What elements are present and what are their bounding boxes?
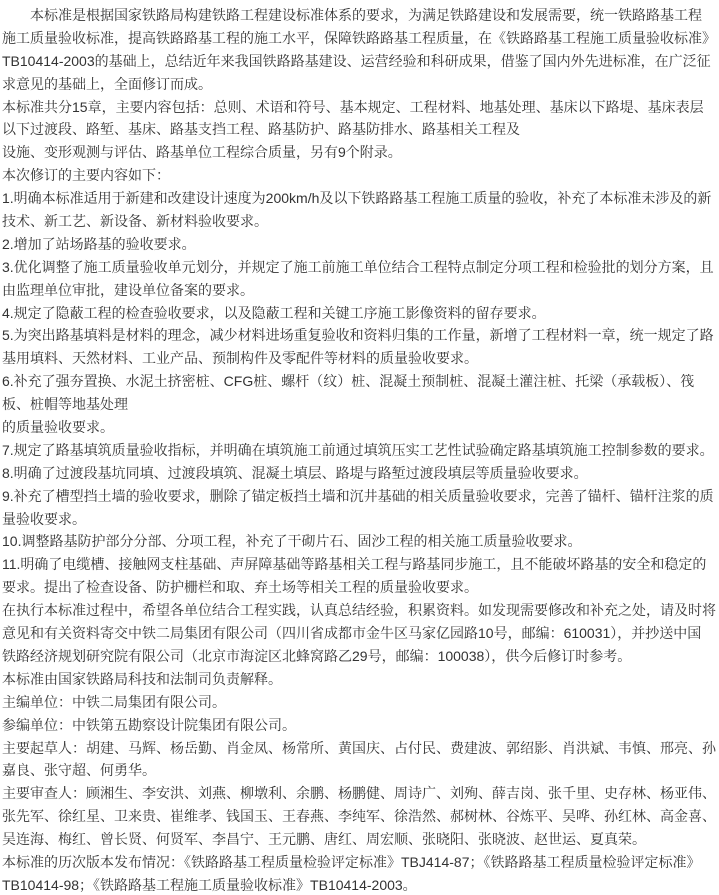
text-line: 参编单位：中铁第五勘察设计院集团有限公司。 [2, 714, 719, 737]
text-line: TB10414-2003的基础上，总结近年来我国铁路路基建设、运营经验和科研成果… [2, 50, 719, 73]
text-line: 本标准是根据国家铁路局构建铁路工程建设标准体系的要求，为满足铁路建设和发展需要，… [2, 4, 719, 27]
text-line: 主要起草人：胡建、马辉、杨岳勤、肖金凤、杨常所、黄国庆、占付民、费建波、郭绍影、… [2, 737, 719, 760]
text-line: 本标准由国家铁路局科技和法制司负责解释。 [2, 668, 719, 691]
text-line: 3.优化调整了施工质量验收单元划分，并规定了施工前施工单位结合工程特点制定分项工… [2, 256, 719, 279]
text-line: 的质量验收要求。 [2, 416, 719, 439]
text-line: 吴连海、梅红、曾长贤、何贤军、李昌宁、王元鹏、唐红、周宏顺、张晓阳、张晓波、赵世… [2, 828, 719, 851]
text-line: 在执行本标准过程中，希望各单位结合工程实践，认真总结经验，积累资料。如发现需要修… [2, 599, 719, 622]
text-line: 板、桩帽等地基处理 [2, 393, 719, 416]
text-line: 6.补充了强夯置换、水泥土挤密桩、CFG桩、螺杆（纹）桩、混凝土预制桩、混凝土灌… [2, 370, 719, 393]
text-line: 意见和有关资料寄交中铁二局集团有限公司（四川省成都市金牛区马家亿园路10号，邮编… [2, 622, 719, 645]
text-line: 本次修订的主要内容如下： [2, 164, 719, 187]
text-line: 铁路经济规划研究院有限公司（北京市海淀区北蜂窝路乙29号，邮编：100038），… [2, 645, 719, 668]
text-line: 4.规定了隐蔽工程的检查验收要求，以及隐蔽工程和关键工序施工影像资料的留存要求。 [2, 302, 719, 325]
text-line: 施工质量验收标准，提高铁路路基工程的施工水平，保障铁路路基工程质量，在《铁路路基… [2, 27, 719, 50]
text-line: 以下过渡段、路堑、基床、路基支挡工程、路基防护、路基防排水、路基相关工程及 [2, 118, 719, 141]
text-line: 张先军、徐红星、卫来贵、崔维孝、钱国玉、王春燕、李纯军、徐浩然、郝树林、谷炼平、… [2, 805, 719, 828]
text-line: 主编单位：中铁二局集团有限公司。 [2, 691, 719, 714]
text-line: 技术、新工艺、新设备、新材料验收要求。 [2, 210, 719, 233]
text-line: 求意见的基础上，全面修订而成。 [2, 73, 719, 96]
text-line: 9.补充了槽型挡土墙的验收要求，删除了锚定板挡土墙和沉井基础的相关质量验收要求，… [2, 485, 719, 508]
text-line: 主要审查人：顾湘生、李安洪、刘燕、柳墩利、余鹏、杨鹏健、周诗广、刘殉、薛吉岗、张… [2, 782, 719, 805]
text-line: 量验收要求。 [2, 508, 719, 531]
text-line: 2.增加了站场路基的验收要求。 [2, 233, 719, 256]
text-line: 10.调整路基防护部分分部、分项工程，补充了干砌片石、固沙工程的相关施工质量验收… [2, 530, 719, 553]
text-line: 嘉良、张守超、何勇华。 [2, 759, 719, 782]
text-line: 设施、变形观测与评估、路基单位工程综合质量，另有9个附录。 [2, 141, 719, 164]
text-line: 11.明确了电缆槽、接触网支柱基础、声屏障基础等路基相关工程与路基同步施工，且不… [2, 553, 719, 576]
text-line: 7.规定了路基填筑质量验收指标，并明确在填筑施工前通过填筑压实工艺性试验确定路基… [2, 439, 719, 462]
document-page: 本标准是根据国家铁路局构建铁路工程建设标准体系的要求，为满足铁路建设和发展需要，… [0, 0, 719, 895]
text-line: 由监理单位审批，建设单位备案的要求。 [2, 279, 719, 302]
text-line: TB10414-98；《铁路路基工程施工质量验收标准》TB10414-2003。 [2, 874, 719, 895]
text-line: 本标准共分15章，主要内容包括：总则、术语和符号、基本规定、工程材料、地基处理、… [2, 96, 719, 119]
text-line: 本标准的历次版本发布情况：《铁路路基工程质量检验评定标准》TBJ414-87；《… [2, 851, 719, 874]
text-line: 5.为突出路基填料是材料的理念，减少材料进场重复验收和资料归集的工作量，新增了工… [2, 324, 719, 347]
text-line: 8.明确了过渡段基坑同填、过渡段填筑、混凝土填层、路堤与路堑过渡段填层等质量验收… [2, 462, 719, 485]
text-line: 要求。提出了检查设备、防护栅栏和取、弃土场等相关工程的质量验收要求。 [2, 576, 719, 599]
text-line: 基用填料、天然材料、工业产品、预制构件及零配件等材料的质量验收要求。 [2, 347, 719, 370]
document-body: 本标准是根据国家铁路局构建铁路工程建设标准体系的要求，为满足铁路建设和发展需要，… [2, 4, 719, 895]
text-line: 1.明确本标准适用于新建和改建设计速度为200km/h及以下铁路路基工程施工质量… [2, 187, 719, 210]
